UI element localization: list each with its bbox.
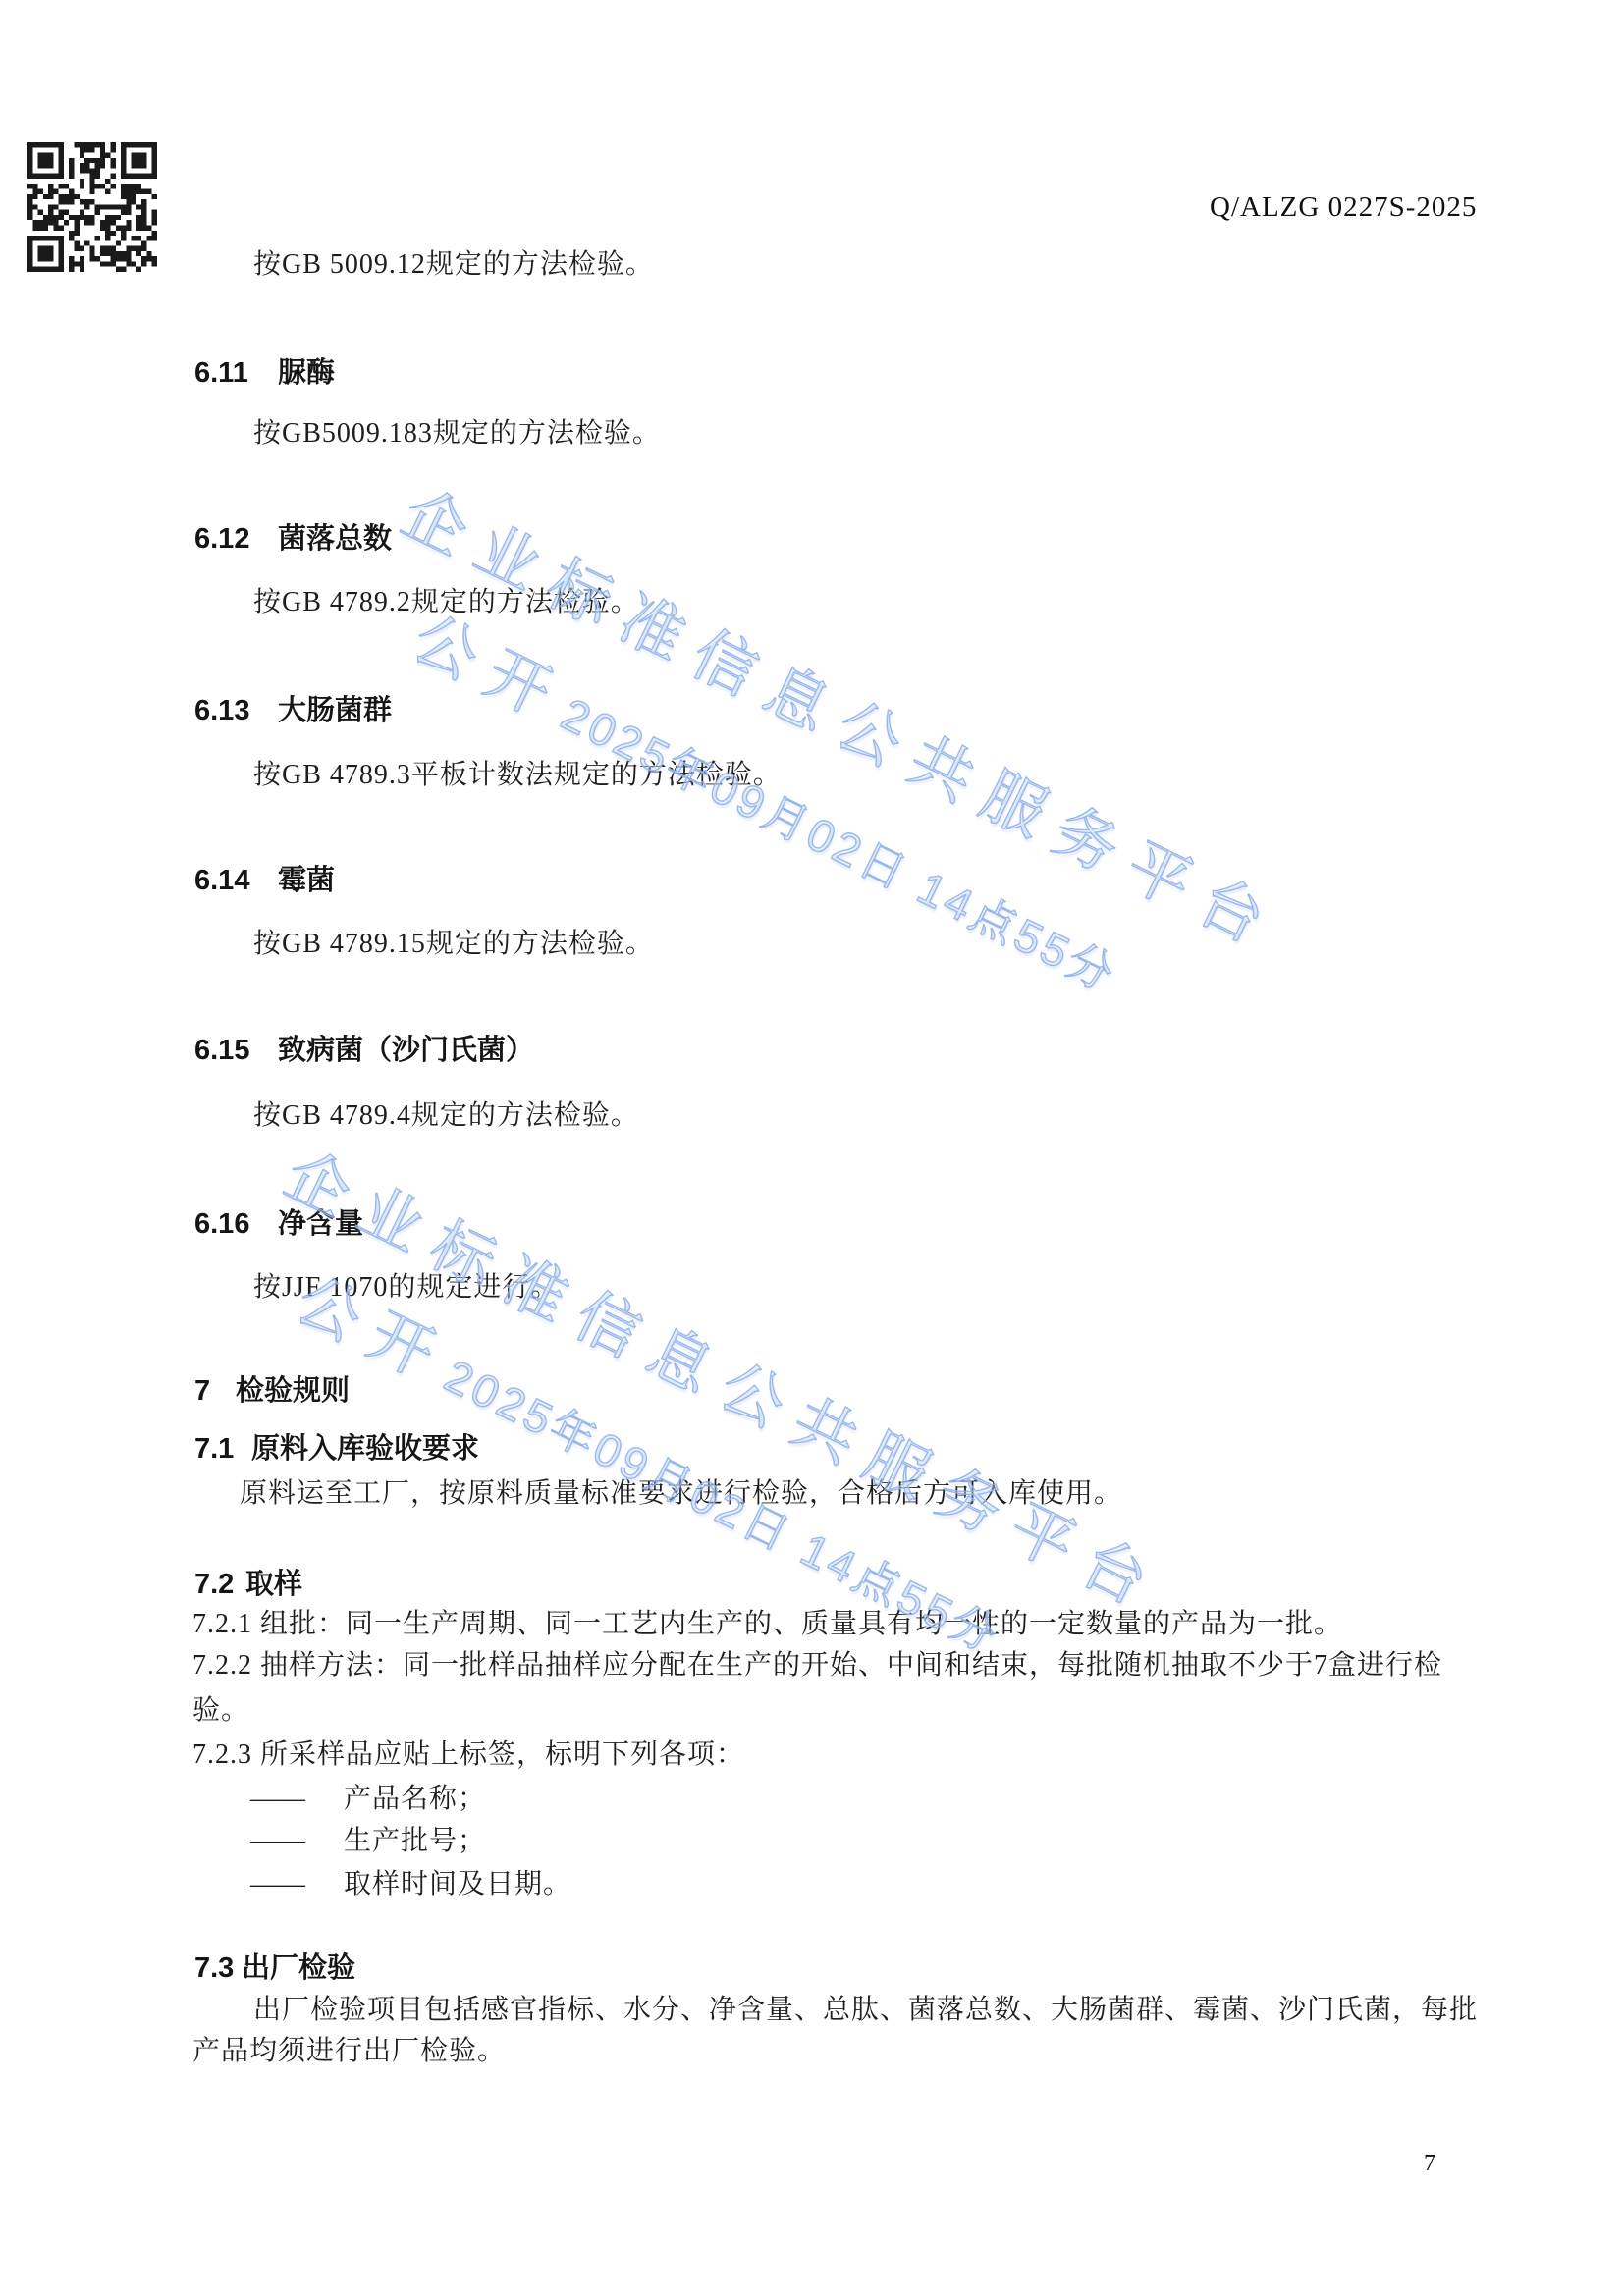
- body-line: 7.2.1 组批：同一生产周期、同一工艺内生产的、质量具有均一性的一定数量的产品…: [192, 1611, 1342, 1638]
- section-number: 6.11: [194, 359, 248, 388]
- watermark-band: 企业标准信息公共服务平台 公开 2025年09月02日 14点55分: [390, 463, 1298, 968]
- list-item: 生产批号；: [344, 1828, 486, 1855]
- document-page: Q/ALZG 0227S-2025 按GB 5009.12规定的方法检验。 6.…: [0, 0, 1624, 2296]
- list-dash: ——: [250, 1786, 305, 1813]
- section-title: 净含量: [278, 1210, 363, 1239]
- qr-code: [27, 142, 157, 272]
- section-number: 7.3: [194, 1954, 234, 1983]
- body-line: 产品均须进行出厂检验。: [192, 2038, 506, 2065]
- body-line: 按GB5009.183规定的方法检验。: [253, 420, 661, 448]
- body-line: 出厂检验项目包括感官指标、水分、净含量、总肽、菌落总数、大肠菌群、霉菌、沙门氏菌…: [253, 1997, 1478, 2024]
- section-number: 7.1: [194, 1435, 234, 1464]
- list-dash: ——: [250, 1828, 305, 1855]
- section-title: 原料入库验收要求: [251, 1435, 479, 1464]
- section-title: 脲酶: [278, 359, 335, 388]
- section-title: 霉菌: [278, 867, 335, 895]
- body-line: 按GB 4789.3平板计数法规定的方法检验。: [253, 762, 782, 789]
- section-number: 6.15: [194, 1037, 249, 1065]
- section-number: 7: [194, 1377, 210, 1406]
- body-line: 按GB 4789.4规定的方法检验。: [253, 1102, 639, 1130]
- section-title: 检验规则: [236, 1377, 350, 1406]
- section-title: 致病菌（沙门氏菌）: [278, 1037, 534, 1065]
- section-title: 出厂检验: [242, 1954, 355, 1983]
- page-number: 7: [1424, 2152, 1435, 2175]
- body-line: 按JJF 1070的规定进行。: [253, 1274, 559, 1302]
- list-item: 取样时间及日期。: [344, 1871, 571, 1898]
- list-item: 产品名称；: [344, 1786, 486, 1813]
- body-line: 按GB 5009.12规定的方法检验。: [253, 251, 654, 279]
- watermark-band: 企业标准信息公共服务平台 公开 2025年09月02日 14点55分: [273, 1125, 1181, 1629]
- body-line: 按GB 4789.15规定的方法检验。: [253, 931, 654, 958]
- body-line: 7.2.2 抽样方法：同一批样品抽样应分配在生产的开始、中间和结束，每批随机抽取…: [192, 1652, 1442, 1680]
- body-line: 按GB 4789.2规定的方法检验。: [253, 589, 639, 616]
- watermark-platform-text: 企业标准信息公共服务平台: [273, 1125, 1181, 1629]
- section-title: 菌落总数: [278, 525, 392, 554]
- section-number: 6.16: [194, 1210, 249, 1239]
- body-line: 验。: [192, 1697, 249, 1725]
- watermark-platform-text: 企业标准信息公共服务平台: [390, 463, 1298, 968]
- qr-code-image: [27, 142, 157, 272]
- list-dash: ——: [250, 1871, 305, 1898]
- section-number: 6.14: [194, 867, 249, 895]
- doc-code: Q/ALZG 0227S-2025: [1210, 193, 1477, 222]
- section-title: 取样: [245, 1571, 302, 1599]
- section-title: 大肠菌群: [278, 697, 392, 725]
- section-number: 7.2: [194, 1571, 234, 1599]
- body-line: 原料运至工厂，按原料质量标准要求进行检验，合格后方可入库使用。: [240, 1480, 1122, 1508]
- section-number: 6.13: [194, 697, 249, 725]
- section-number: 6.12: [194, 525, 249, 554]
- body-line: 7.2.3 所采样品应贴上标签，标明下列各项：: [192, 1741, 744, 1769]
